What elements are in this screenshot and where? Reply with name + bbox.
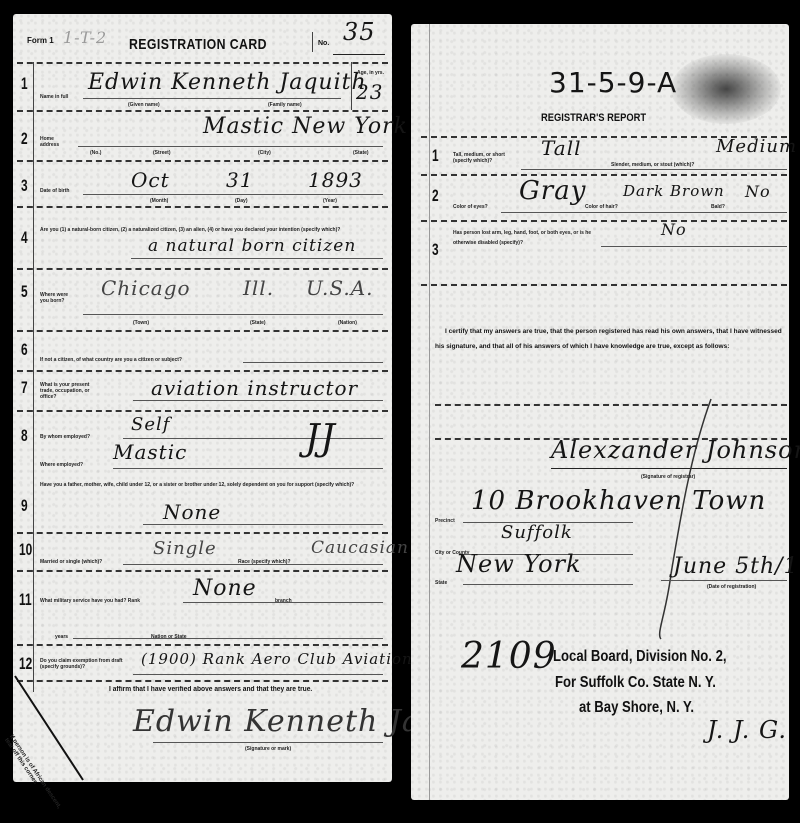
clerk-mark: JJ — [305, 418, 336, 459]
military-service: None — [193, 576, 257, 601]
marital-status: Single — [153, 538, 217, 559]
state: New York — [456, 550, 582, 578]
dependents: None — [163, 500, 221, 524]
citizenship: a natural born citizen — [148, 236, 356, 256]
card-title: REGISTRATION CARD — [129, 36, 267, 53]
birthplace-nation: U.S.A. — [306, 276, 374, 300]
report-title: REGISTRAR'S REPORT — [541, 112, 646, 124]
build: Medium — [716, 136, 797, 157]
birthplace-state: Ill. — [243, 276, 274, 300]
birth-month: Oct — [131, 168, 170, 192]
occupation: aviation instructor — [151, 376, 358, 400]
birthplace-town: Chicago — [101, 276, 191, 300]
home-address: Mastic New York — [203, 114, 408, 139]
serial-code: 31-5-9-A — [549, 66, 677, 99]
hair-color: Dark Brown — [623, 182, 725, 200]
certification-text: I certify that my answers are true, that… — [435, 324, 787, 354]
race: Caucasian — [311, 538, 409, 558]
eye-color: Gray — [519, 176, 586, 206]
date-flourish — [651, 394, 761, 644]
disability: No — [661, 220, 687, 239]
registration-card: Form 1 1-T-2 REGISTRATION CARD No. 35 1 … — [13, 14, 392, 782]
stamp-line-1: Local Board, Division No. 2, — [553, 648, 727, 666]
form-number: 1-T-2 — [63, 28, 107, 47]
stamp-line-3: at Bay Shore, N. Y. — [579, 699, 694, 717]
employer: Self — [131, 414, 170, 435]
employment-place: Mastic — [113, 440, 187, 464]
affirmation-text: I affirm that I have verified above answ… — [109, 686, 312, 693]
clerk-initials: J. J. G. — [707, 716, 787, 744]
form-label: Form 1 — [27, 36, 54, 45]
registration-date: June 5th/17 — [673, 554, 800, 579]
serial-number: 35 — [343, 18, 376, 46]
full-name: Edwin Kenneth Jaquith — [88, 70, 367, 95]
county: Suffolk — [501, 522, 573, 543]
stamp-line-2: For Suffolk Co. State N. Y. — [555, 674, 716, 692]
age: 23 — [356, 80, 383, 104]
registrars-report-card: 31-5-9-A REGISTRAR'S REPORT 1 Tall, medi… — [411, 24, 789, 800]
height: Tall — [541, 136, 582, 160]
board-number: 2109 — [461, 636, 557, 677]
birth-year: 1893 — [308, 168, 363, 192]
ink-smudge — [671, 54, 781, 124]
bald: No — [745, 182, 771, 201]
no-label: No. — [318, 40, 329, 47]
birth-day: 31 — [226, 168, 253, 192]
